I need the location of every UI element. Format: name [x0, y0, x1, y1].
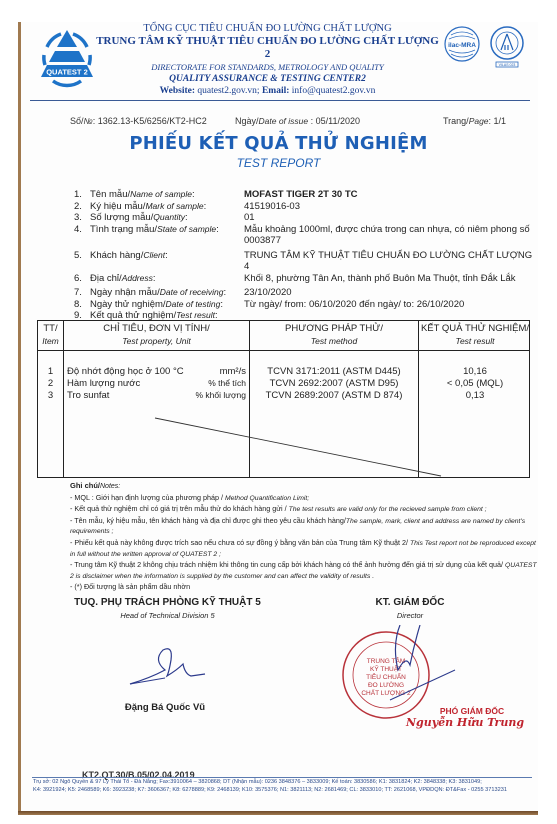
info-row-received: 7. Ngày nhận mẫu/Date of receiving: 23/1…	[74, 287, 534, 299]
org-line-1: TỔNG CỤC TIÊU CHUẨN ĐO LƯỜNG CHẤT LƯỢNG	[95, 22, 440, 35]
org-line-3: DIRECTORATE FOR STANDARDS, METROLOGY AND…	[95, 61, 440, 73]
footer-line-2: K4: 3921924; K5: 2468589; K6: 3923238; K…	[33, 786, 533, 794]
website-link[interactable]: quatest2.gov.vn;	[197, 86, 259, 96]
left-signatory-name: Đặng Bá Quốc Vũ	[100, 702, 230, 713]
email-label: Email:	[262, 86, 289, 96]
report-number: Số/№: 1362.13-K5/6256/KT2-HC2	[70, 116, 207, 126]
note-item: - Kết quả thử nghiệm chỉ có giá trị trên…	[70, 504, 540, 515]
notes-section: Ghi chú/Notes: - MQL : Giới hạn định lượ…	[70, 481, 540, 593]
client-name: TRUNG TÂM KỸ THUẬT TIÊU CHUẨN ĐO LƯỜNG C…	[244, 250, 534, 273]
ilac-mra-badge-icon: ilac-MRA	[443, 25, 481, 70]
note-item: - Tên mẫu, ký hiệu mẫu, tên khách hàng v…	[70, 516, 540, 537]
vilas-badge-icon: VILAS 023	[488, 25, 526, 70]
info-row-name: 1. Tên mẫu/Name of sample: MOFAST TIGER …	[74, 189, 534, 201]
note-item: - Phiếu kết quả này không được trích sao…	[70, 538, 540, 559]
logo-text: QUATEST 2	[46, 68, 88, 77]
left-signatory-title: TUQ. PHỤ TRÁCH PHÒNG KỸ THUẬT 5	[55, 597, 280, 608]
page-number: Trang/Page: 1/1	[443, 116, 506, 126]
left-signatory-subtitle: Head of Technical Division 5	[55, 611, 280, 620]
website-label: Website:	[160, 86, 195, 96]
receiving-date: 23/10/2020	[244, 287, 534, 299]
info-row-client: 5. Khách hàng/Client: TRUNG TÂM KỸ THUẬT…	[74, 250, 534, 273]
footer-line-1: Trụ sở: 02 Ngô Quyền & 97 Lý Thái Tổ - Đ…	[33, 778, 533, 786]
document-subtitle: TEST REPORT	[0, 156, 557, 170]
ilac-text: ilac-MRA	[448, 42, 476, 49]
svg-text:TRUNG TÂM: TRUNG TÂM	[367, 656, 406, 665]
info-row-testing: 8. Ngày thử nghiệm/Date of testing: Từ n…	[74, 299, 534, 311]
footer-contacts: Trụ sở: 02 Ngô Quyền & 97 Lý Thái Tổ - Đ…	[33, 778, 533, 794]
vilas-code: VILAS 023	[499, 63, 516, 67]
info-row-address: 6. Địa chỉ/Address: Khối 8, phường Tân A…	[74, 273, 534, 285]
cancel-line	[38, 321, 531, 479]
sample-state: Mẫu khoảng 1000ml, được chứa trong can n…	[244, 224, 534, 247]
results-table: TT/Item CHỈ TIÊU, ĐƠN VỊ TÍNH/Test prope…	[37, 320, 530, 478]
org-line-4: QUALITY ASSURANCE & TESTING CENTER2	[95, 73, 440, 85]
svg-text:ĐO LƯỜNG: ĐO LƯỜNG	[368, 680, 404, 689]
header-divider	[30, 100, 530, 101]
note-item: - MQL : Giới hạn định lượng của phương p…	[70, 493, 540, 504]
page-edge	[18, 811, 538, 815]
info-row-state: 4. Tình trạng mẫu/State of sample: Mẫu k…	[74, 224, 534, 247]
document-title: PHIẾU KẾT QUẢ THỬ NGHIỆM	[0, 133, 557, 154]
org-line-2: TRUNG TÂM KỸ THUẬT TIÊU CHUẨN ĐO LƯỜNG C…	[95, 35, 440, 61]
right-signatory-title: KT. GIÁM ĐỐC	[340, 597, 480, 608]
stamp-role: PHÓ GIÁM ĐỐC	[422, 706, 522, 716]
notes-heading: Ghi chú/Notes:	[70, 481, 540, 492]
sample-quantity: 01	[244, 212, 534, 224]
right-signatory-subtitle: Director	[340, 611, 480, 620]
organization-header: TỔNG CỤC TIÊU CHUẨN ĐO LƯỜNG CHẤT LƯỢNG …	[95, 22, 440, 98]
testing-dates: Từ ngày/ from: 06/10/2020 đến ngày/ to: …	[244, 299, 534, 311]
info-row-quantity: 3. Số lượng mẫu/Quantity: 01	[74, 212, 534, 224]
info-row-mark: 2. Ký hiệu mẫu/Mark of sample: 41519016-…	[74, 201, 534, 213]
svg-text:TIÊU CHUẨN: TIÊU CHUẨN	[366, 672, 406, 681]
note-item: - Trung tâm Kỹ thuật 2 không chịu trách …	[70, 560, 540, 581]
sample-name: MOFAST TIGER 2T 30 TC	[244, 189, 534, 201]
note-item: - (*) Đối tượng là sản phẩm dầu nhờn	[70, 582, 540, 593]
email-link[interactable]: info@quatest2.gov.vn	[292, 86, 376, 96]
stamp-signatory-name: Nguyễn Hữu Trung	[400, 716, 530, 729]
client-address: Khối 8, phường Tân An, thành phố Buôn Ma…	[244, 273, 534, 285]
contact-line: Website: quatest2.gov.vn; Email: info@qu…	[95, 85, 440, 98]
sample-info-list: 1. Tên mẫu/Name of sample: MOFAST TIGER …	[74, 189, 534, 322]
quatest2-logo-icon: QUATEST 2	[37, 25, 97, 90]
issue-date: Ngày/Date of issue : 05/11/2020	[235, 116, 360, 126]
left-signature-icon	[125, 640, 215, 690]
sample-mark: 41519016-03	[244, 201, 534, 213]
